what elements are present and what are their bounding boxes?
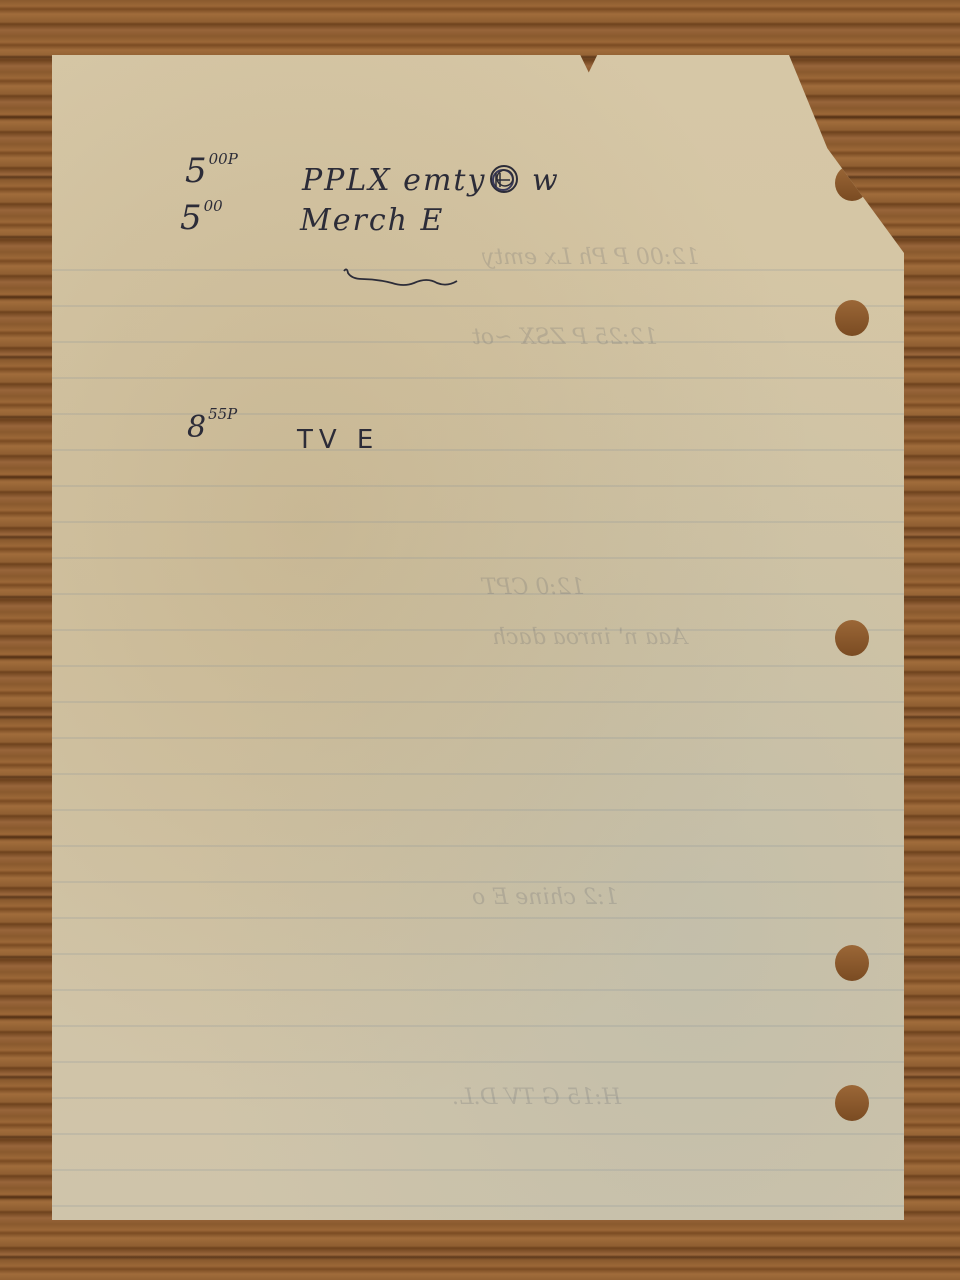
notebook-page: 12:00 P Ph Lx emty 12:25 P ZSX ~ot 12:0 … (52, 55, 904, 1220)
entry-trailing: w (532, 163, 560, 198)
bleed-through-text: Aaa n' inroa dach (492, 625, 687, 650)
entry-time: 500P (185, 150, 238, 191)
binder-hole (835, 1085, 869, 1121)
entry-text: PPLX emty (302, 163, 486, 198)
squiggle-line (342, 265, 462, 295)
entry-text: Merch E (300, 203, 444, 238)
bleed-through-text: 1:2 chine E o (472, 885, 618, 910)
binder-hole (835, 620, 869, 656)
bleed-through-text: H:15 G TV D.L. (452, 1085, 621, 1110)
binder-hole (835, 300, 869, 336)
bleed-through-text: 12:00 P Ph Lx emty (482, 245, 699, 270)
bleed-through-text: 12:25 P ZSX ~ot (472, 325, 658, 350)
scribbled-circle-icon (484, 159, 524, 199)
entry-time: 500 (180, 197, 223, 238)
entry-text: TV E (297, 425, 379, 455)
ruled-lines (52, 235, 904, 1220)
bleed-through-text: 12:0 CPT (482, 575, 585, 600)
entry-time: 855P (187, 405, 237, 445)
binder-hole (835, 945, 869, 981)
